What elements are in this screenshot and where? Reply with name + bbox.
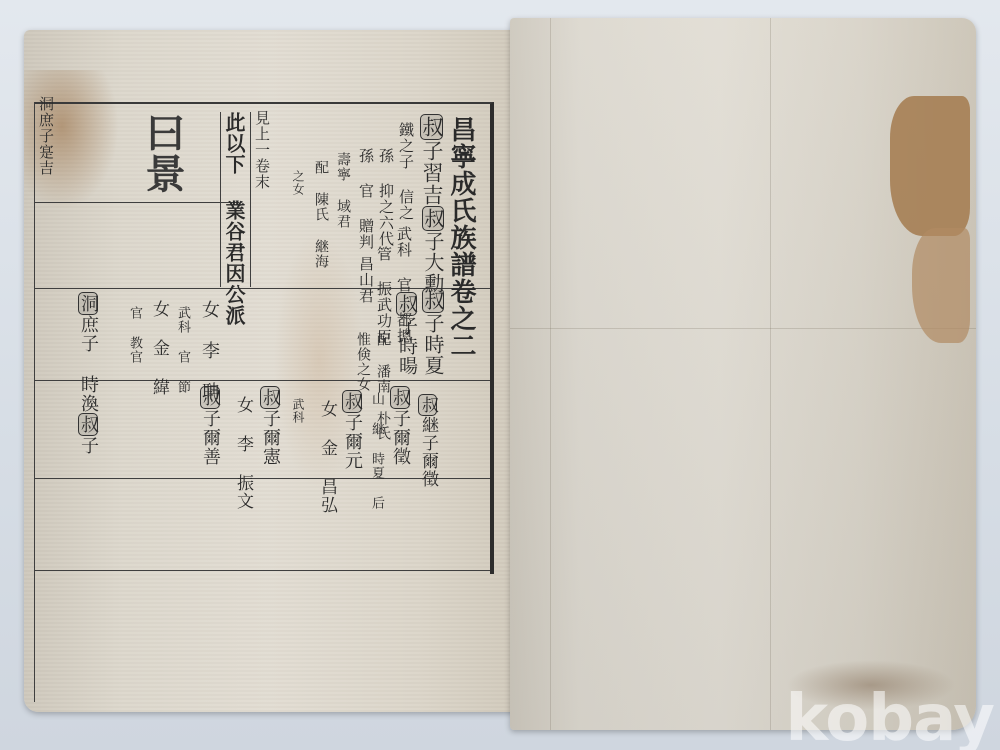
entry-column: 女 李 聃: [200, 300, 218, 401]
name-seal: 叔: [422, 288, 444, 313]
entry-column: 山 継 時夏 后: [370, 392, 383, 510]
generation-mark: 曰景: [142, 112, 182, 194]
frame-left-line: [34, 102, 35, 702]
entry-column: 昌山君: [358, 256, 373, 304]
name-seal: 叔: [78, 413, 98, 436]
entry-column: 叔継子爾徵: [418, 394, 437, 488]
entry-column: 叔子習吉: [420, 114, 443, 206]
name-seal: 叔: [342, 390, 362, 413]
entry-column: 叔子爾徵: [390, 386, 410, 466]
register-line: [34, 570, 490, 571]
entry-column: 孫 抑之六代: [378, 148, 393, 247]
entry-column: 壽寧 域君: [336, 152, 350, 229]
entry-column: 惟倹之女: [356, 332, 370, 392]
entry-column: 女 金 緯: [150, 300, 167, 396]
name-seal: 叔: [418, 394, 437, 416]
book-title: 昌寧成氏族譜卷之二: [448, 116, 474, 359]
entry-column: 武科 官 節: [176, 306, 189, 394]
water-stain: [890, 96, 970, 236]
entry-column: 叔子時暘: [396, 292, 417, 376]
register-line: [34, 202, 239, 203]
paper-fold: [770, 18, 771, 730]
name-seal: 洞: [78, 292, 98, 315]
header-note-line1: 見上一卷末: [254, 110, 269, 190]
right-page: [510, 18, 976, 730]
header-note-line2: 此以下 業谷君因公派: [224, 112, 244, 326]
entry-column: 女 李 振文: [234, 396, 251, 510]
name-seal: 叔: [390, 386, 410, 409]
entry-column: 叔子大勳: [422, 206, 444, 294]
entry-column: 官 教官: [128, 306, 141, 364]
entry-column: 叔子爾憲: [260, 386, 280, 466]
water-stain: [912, 228, 970, 343]
entry-column: 洞庶子 時渙叔子: [78, 292, 98, 455]
paper-fold: [550, 18, 551, 730]
register-line: [34, 380, 490, 381]
watermark-logo: kobay: [785, 682, 994, 750]
entry-column: 叔子爾元: [342, 390, 362, 470]
entry-column: 鐵之子 信之: [398, 122, 413, 221]
entry-column: 孫 官 贈判: [358, 148, 373, 250]
left-page: 洞庶子寔吉 曰景 見上一卷末 此以下 業谷君因公派 昌寧成氏族譜卷之二 叔子習吉…: [24, 30, 516, 712]
entry-column: 武科: [292, 398, 304, 424]
entry-column: 管 振武功臣: [376, 246, 391, 345]
entry-column: 配 陳氏 継海: [314, 160, 328, 269]
header-box-line: [220, 112, 221, 287]
name-seal: 叔: [422, 206, 444, 231]
margin-label: 洞庶子寔吉: [38, 96, 53, 176]
name-seal: 叔: [420, 114, 443, 140]
header-box-line: [250, 112, 251, 287]
entry-column: 女 金 昌弘: [318, 400, 335, 514]
entry-column: 之女: [292, 170, 304, 196]
name-seal: 叔: [260, 386, 280, 409]
paper-fold: [510, 328, 976, 329]
name-seal: 叔: [396, 292, 417, 316]
entry-column: 叔子時夏: [422, 288, 444, 376]
